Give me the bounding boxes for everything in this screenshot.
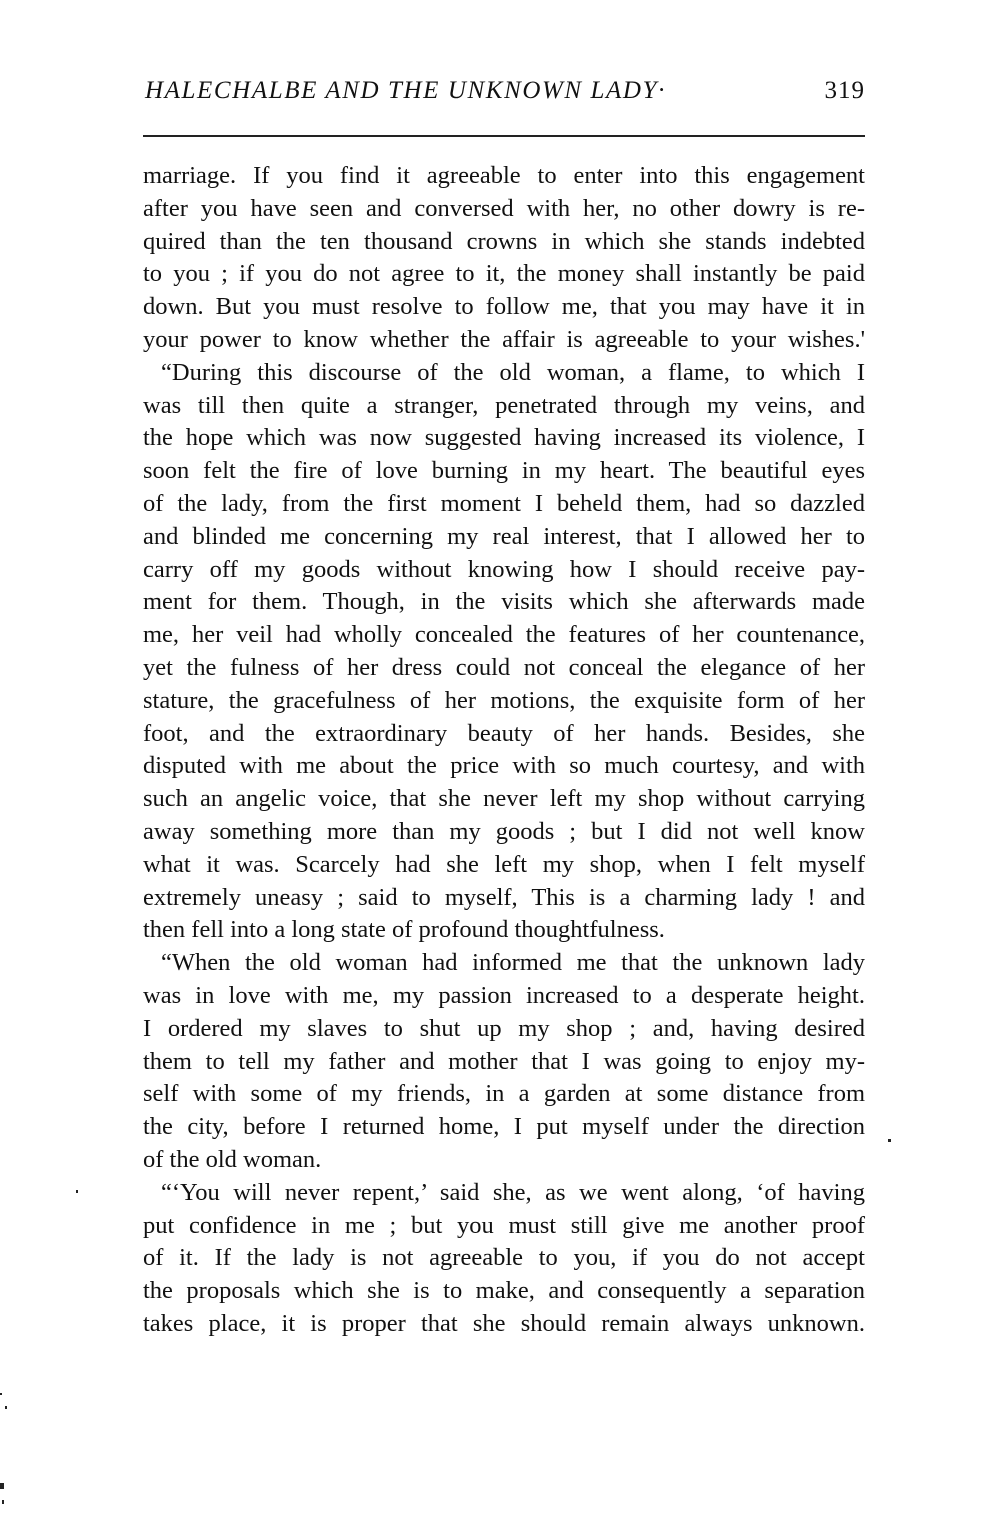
- running-head: HALECHALBE AND THE UNKNOWN LADY· 319: [143, 72, 865, 112]
- page-number: 319: [825, 77, 866, 105]
- text-line: what it was. Scarcely had she left my sh…: [143, 849, 865, 882]
- text-line: after you have seen and conversed with h…: [143, 193, 865, 226]
- running-title: HALECHALBE AND THE UNKNOWN LADY·: [145, 77, 666, 105]
- text-line: put confidence in me ; but you must stil…: [143, 1210, 865, 1243]
- text-line: soon felt the fire of love burning in my…: [143, 455, 865, 488]
- text-line: self with some of my friends, in a garde…: [143, 1078, 865, 1111]
- header-rule: [143, 135, 865, 137]
- paragraph: “When the old woman had informed me that…: [143, 947, 865, 1177]
- scan-speck: [0, 1393, 2, 1395]
- text-line: and blinded me concerning my real intere…: [143, 521, 865, 554]
- text-line: was in love with me, my passion increase…: [143, 980, 865, 1013]
- text-line: disputed with me about the price with so…: [143, 750, 865, 783]
- text-line: stature, the gracefulness of her motions…: [143, 685, 865, 718]
- text-line: the city, before I returned home, I put …: [143, 1111, 865, 1144]
- text-line: takes place, it is proper that she shoul…: [143, 1308, 865, 1341]
- text-line: the hope which was now suggested having …: [143, 422, 865, 455]
- text-line: down. But you must resolve to follow me,…: [143, 291, 865, 324]
- text-line: of the old woman.: [143, 1144, 865, 1177]
- text-line: “During this discourse of the old woman,…: [143, 357, 865, 390]
- text-line: of it. If the lady is not agreeable to y…: [143, 1242, 865, 1275]
- scan-speck: [0, 1483, 4, 1489]
- text-line: I ordered my slaves to shut up my shop ;…: [143, 1013, 865, 1046]
- text-line: was till then quite a stranger, penetrat…: [143, 390, 865, 423]
- text-line: me, her veil had wholly concealed the fe…: [143, 619, 865, 652]
- text-line: ment for them. Though, in the visits whi…: [143, 586, 865, 619]
- text-line: “When the old woman had informed me that…: [143, 947, 865, 980]
- text-line: foot, and the extraordinary beauty of he…: [143, 718, 865, 751]
- scan-speck: [2, 1500, 4, 1504]
- text-line: marriage. If you find it agreeable to en…: [143, 160, 865, 193]
- text-line: the proposals which she is to make, and …: [143, 1275, 865, 1308]
- text-line: to you ; if you do not agree to it, the …: [143, 258, 865, 291]
- scan-speck: [76, 1190, 78, 1193]
- text-line: yet the fulness of her dress could not c…: [143, 652, 865, 685]
- book-page: HALECHALBE AND THE UNKNOWN LADY· 319 mar…: [0, 0, 1000, 1522]
- text-line: “‘You will never repent,’ said she, as w…: [143, 1177, 865, 1210]
- text-line: carry off my goods without knowing how I…: [143, 554, 865, 587]
- text-line: such an angelic voice, that she never le…: [143, 783, 865, 816]
- body-text: marriage. If you find it agreeable to en…: [143, 160, 865, 1341]
- text-line: extremely uneasy ; said to myself, This …: [143, 882, 865, 915]
- scan-speck: [5, 1406, 7, 1409]
- text-line: away something more than my goods ; but …: [143, 816, 865, 849]
- text-line: then fell into a long state of profound …: [143, 914, 865, 947]
- paragraph: “During this discourse of the old woman,…: [143, 357, 865, 947]
- paragraph: marriage. If you find it agreeable to en…: [143, 160, 865, 357]
- scan-speck: [888, 1139, 891, 1142]
- text-line: them to tell my father and mother that I…: [143, 1046, 865, 1079]
- text-line: of the lady, from the first moment I beh…: [143, 488, 865, 521]
- text-line: your power to know whether the affair is…: [143, 324, 865, 357]
- paragraph: “‘You will never repent,’ said she, as w…: [143, 1177, 865, 1341]
- text-line: quired than the ten thousand crowns in w…: [143, 226, 865, 259]
